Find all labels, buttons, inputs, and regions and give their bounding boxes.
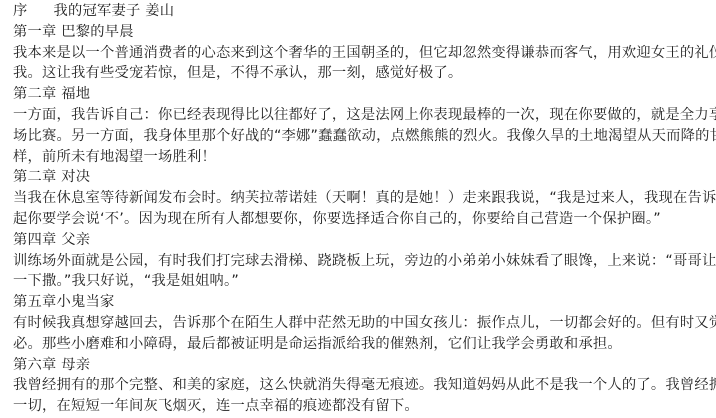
preface-label: 序 — [13, 3, 28, 19]
paragraph-line: 我。这让我有些受宠若惊，但是，不得不承认，那一刻，感觉好极了。 — [13, 63, 716, 84]
paragraph-line: 有时候我真想穿越回去，告诉那个在陌生人群中茫然无助的中国女孩儿：振作点儿，一切都… — [13, 313, 716, 334]
paragraph-line: 我曾经拥有的那个完整、和美的家庭，这么快就消失得毫无痕迹。我知道妈妈从此不是我一… — [13, 375, 716, 396]
paragraph-line: 场比赛。另一方面，我身体里那个好战的“李娜”蠢蠢欲动，点燃熊熊的烈火。我像久旱的… — [13, 126, 716, 147]
paragraph-line: 一方面，我告诉自己：你已经表现得比以往都好了，这是法网上你表现最棒的一次，现在你… — [13, 105, 716, 126]
paragraph-line: 我本来是以一个普通消费者的心态来到这个奢华的王国朝圣的，但它却忽然变得谦恭而客气… — [13, 43, 716, 64]
paragraph-line: 当我在休息室等待新闻发布会时。纳芙拉蒂诺娃（天啊！真的是她！）走来跟我说，“我是… — [13, 188, 716, 209]
document-body: 序我的冠军妻子 姜山 第一章 巴黎的早晨 我本来是以一个普通消费者的心态来到这个… — [0, 0, 716, 417]
paragraph-line: 必。那些小磨难和小障碍，最后都被证明是命运指派给我的催熟剂，它们让我学会勇敢和承… — [13, 334, 716, 355]
paragraph-line: 训练场外面就是公园，有时我们打完球去滑梯、跷跷板上玩，旁边的小弟弟小妹妹看了眼馋… — [13, 251, 716, 272]
chapter-heading: 第四章 父亲 — [13, 230, 716, 251]
chapter-heading: 第一章 巴黎的早晨 — [13, 22, 716, 43]
chapter-heading: 第二章 对决 — [13, 167, 716, 188]
chapter-heading: 第五章小鬼当家 — [13, 292, 716, 313]
book-title: 我的冠军妻子 姜山 — [54, 3, 175, 19]
chapter-heading: 第二章 福地 — [13, 84, 716, 105]
paragraph-line: 一切，在短短一年间灰飞烟灭，连一点幸福的痕迹都没有留下。 — [13, 396, 716, 417]
paragraph-line: 样，前所未有地渴望一场胜利！ — [13, 147, 716, 168]
preface-heading: 序我的冠军妻子 姜山 — [13, 1, 716, 22]
chapter-heading: 第六章 母亲 — [13, 355, 716, 376]
paragraph-line: 一下撒。”我只好说，“我是姐姐呐。” — [13, 271, 716, 292]
paragraph-line: 起你要学会说‘不’。因为现在所有人都想要你，你要选择适合你自己的，你要给自己营造… — [13, 209, 716, 230]
